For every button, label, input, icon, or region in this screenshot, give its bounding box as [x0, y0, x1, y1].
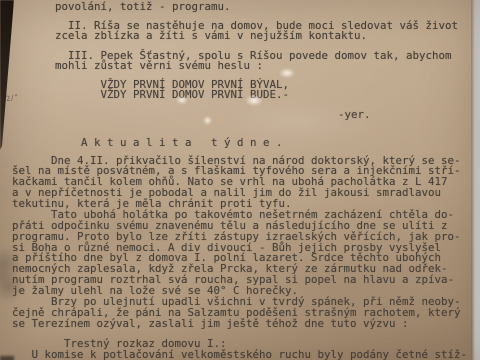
glare-spot: [176, 96, 188, 104]
document-photo: 2/° povolání, totiž - programu. II. Ríša…: [0, 0, 480, 360]
pencil-mark: 2/°: [5, 93, 19, 103]
glare-spot: [203, 116, 212, 125]
trestny-rozkaz: Trestný rozkaz domovu I.: U komise k pot…: [12, 338, 467, 360]
intro-line: povolání, totiž - programu.: [55, 2, 231, 13]
aktualita-body: Dne 4.II. přikvačilo šílenství na národ …: [12, 156, 461, 330]
point-ii: II. Ríša se nastěhuje na domov, bude moc…: [55, 21, 458, 42]
glare-spot: [245, 95, 263, 106]
glare-spot: [279, 68, 295, 78]
point-iii: III. Pepek Šťastný, spolu s Ríšou povede…: [55, 51, 452, 72]
signature: -yer.: [338, 110, 371, 121]
light-edge-right: [471, 0, 480, 360]
section-heading: A k t u a l i t a t ý d n e .: [55, 138, 283, 149]
dark-backing-edge-left: [0, 0, 14, 150]
